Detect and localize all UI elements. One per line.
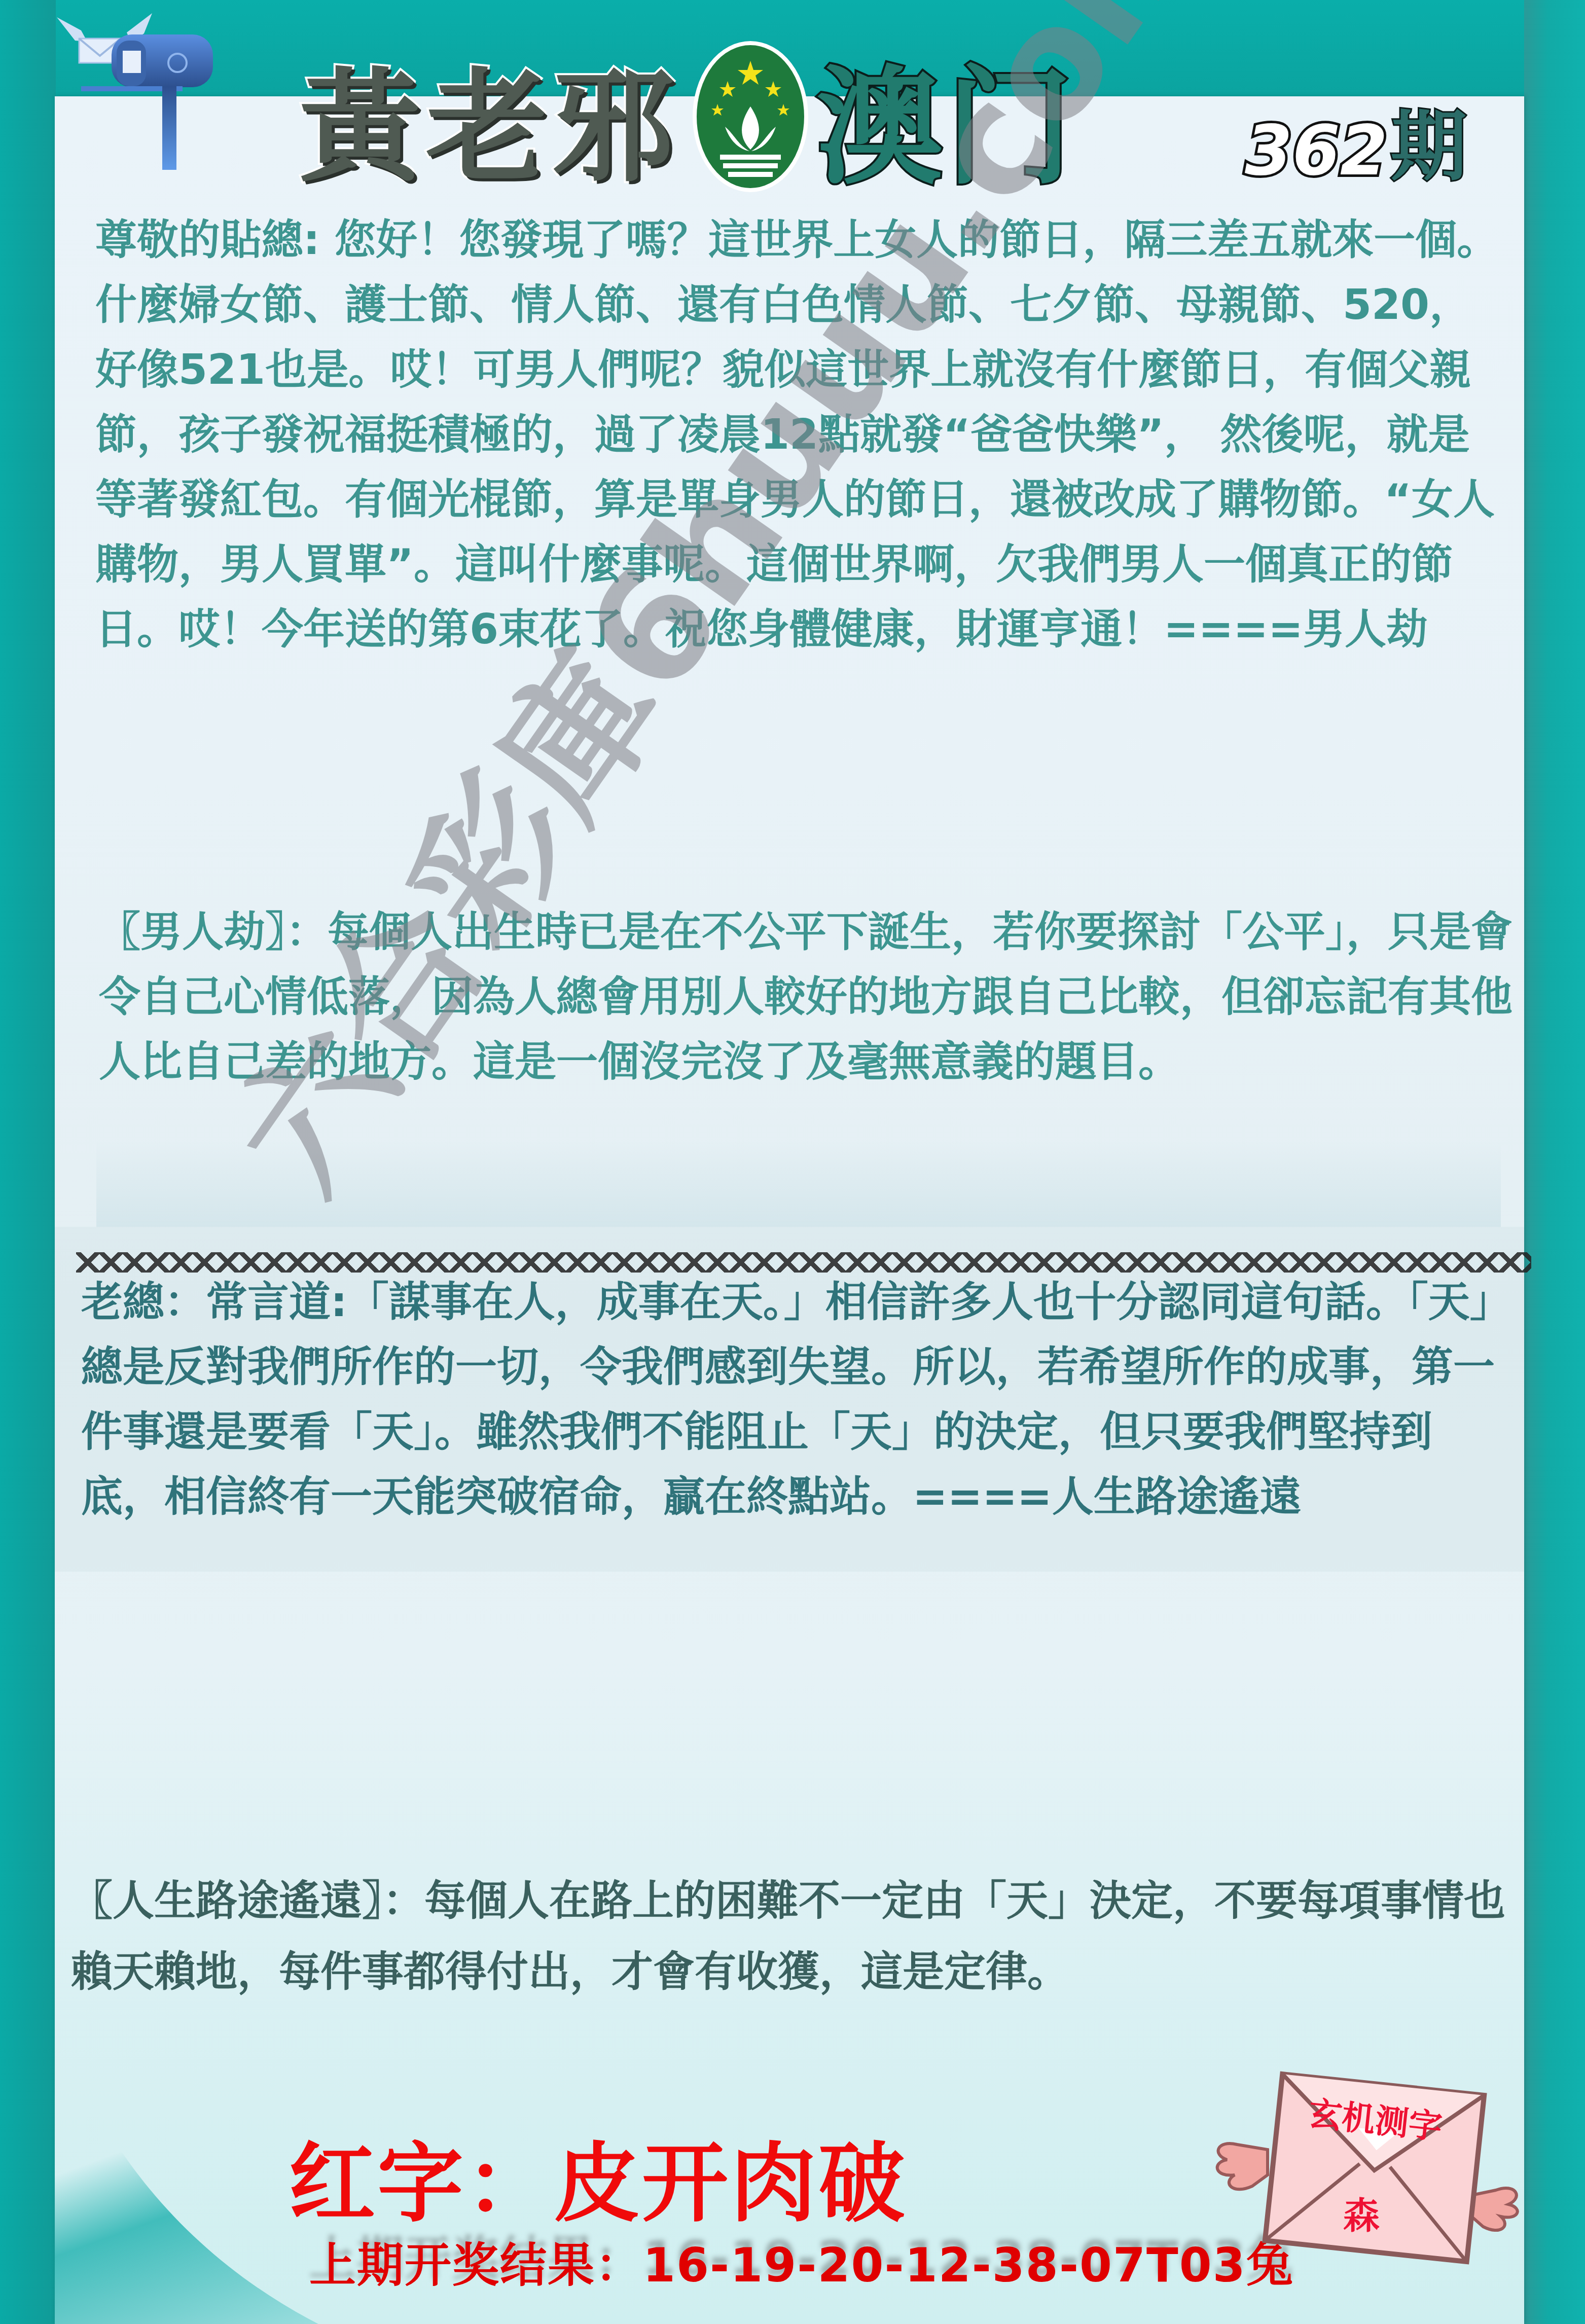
red-word-label: 红字： — [289, 2134, 554, 2234]
background-right-edge — [1524, 0, 1585, 2324]
last-result-label: 上期开奖结果： — [309, 2238, 643, 2293]
last-result: 上期开奖结果：16-19-20-12-38-07T03兔 — [309, 2228, 1294, 2295]
page-title: 黃老邪 澳门 — [299, 41, 1076, 193]
title-main: 黃老邪 — [299, 29, 679, 204]
letter-paragraph-2: 老總：常言道:「謀事在人，成事在天。」相信許多人也十分認同這句話。「天」總是反對… — [81, 1270, 1511, 1530]
reply-paragraph-2: 〖人生路途遙遠〗：每個人在路上的困難不一定由「天」決定，不要每項事情也賴天賴地，… — [71, 1866, 1521, 2008]
envelope-wing-right-icon — [1470, 2188, 1518, 2230]
envelope-wing-left-icon — [1217, 2144, 1268, 2189]
mailbox-icon — [51, 10, 233, 177]
issue-number: 362 — [1245, 117, 1388, 185]
issue-unit: 期 — [1391, 109, 1467, 185]
red-word: 红字：皮开肉破 — [289, 2114, 907, 2238]
title-region: 澳门 — [816, 25, 1076, 208]
last-result-value: 16-19-20-12-38-07T03兔 — [643, 2238, 1294, 2293]
red-word-value: 皮开肉破 — [554, 2134, 907, 2234]
riddle-envelope: 玄机测字 森 — [1207, 2053, 1531, 2292]
letter-paragraph: 尊敬的貼總: 您好！您發現了嗎？這世界上女人的節日，隔三差五就來一個。什麼婦女節… — [95, 208, 1510, 662]
macau-emblem-icon — [690, 41, 811, 193]
envelope-char: 森 — [1343, 2194, 1380, 2237]
panel-shade-band — [96, 1141, 1501, 1227]
zigzag-divider — [76, 1252, 1531, 1273]
background-left-edge — [0, 0, 56, 2324]
issue-badge: 362 期 — [1245, 109, 1467, 185]
reply-paragraph: 〖男人劫〗：每個人出生時已是在不公平下誕生，若你要探討「公平」，只是會令自己心情… — [99, 900, 1514, 1095]
